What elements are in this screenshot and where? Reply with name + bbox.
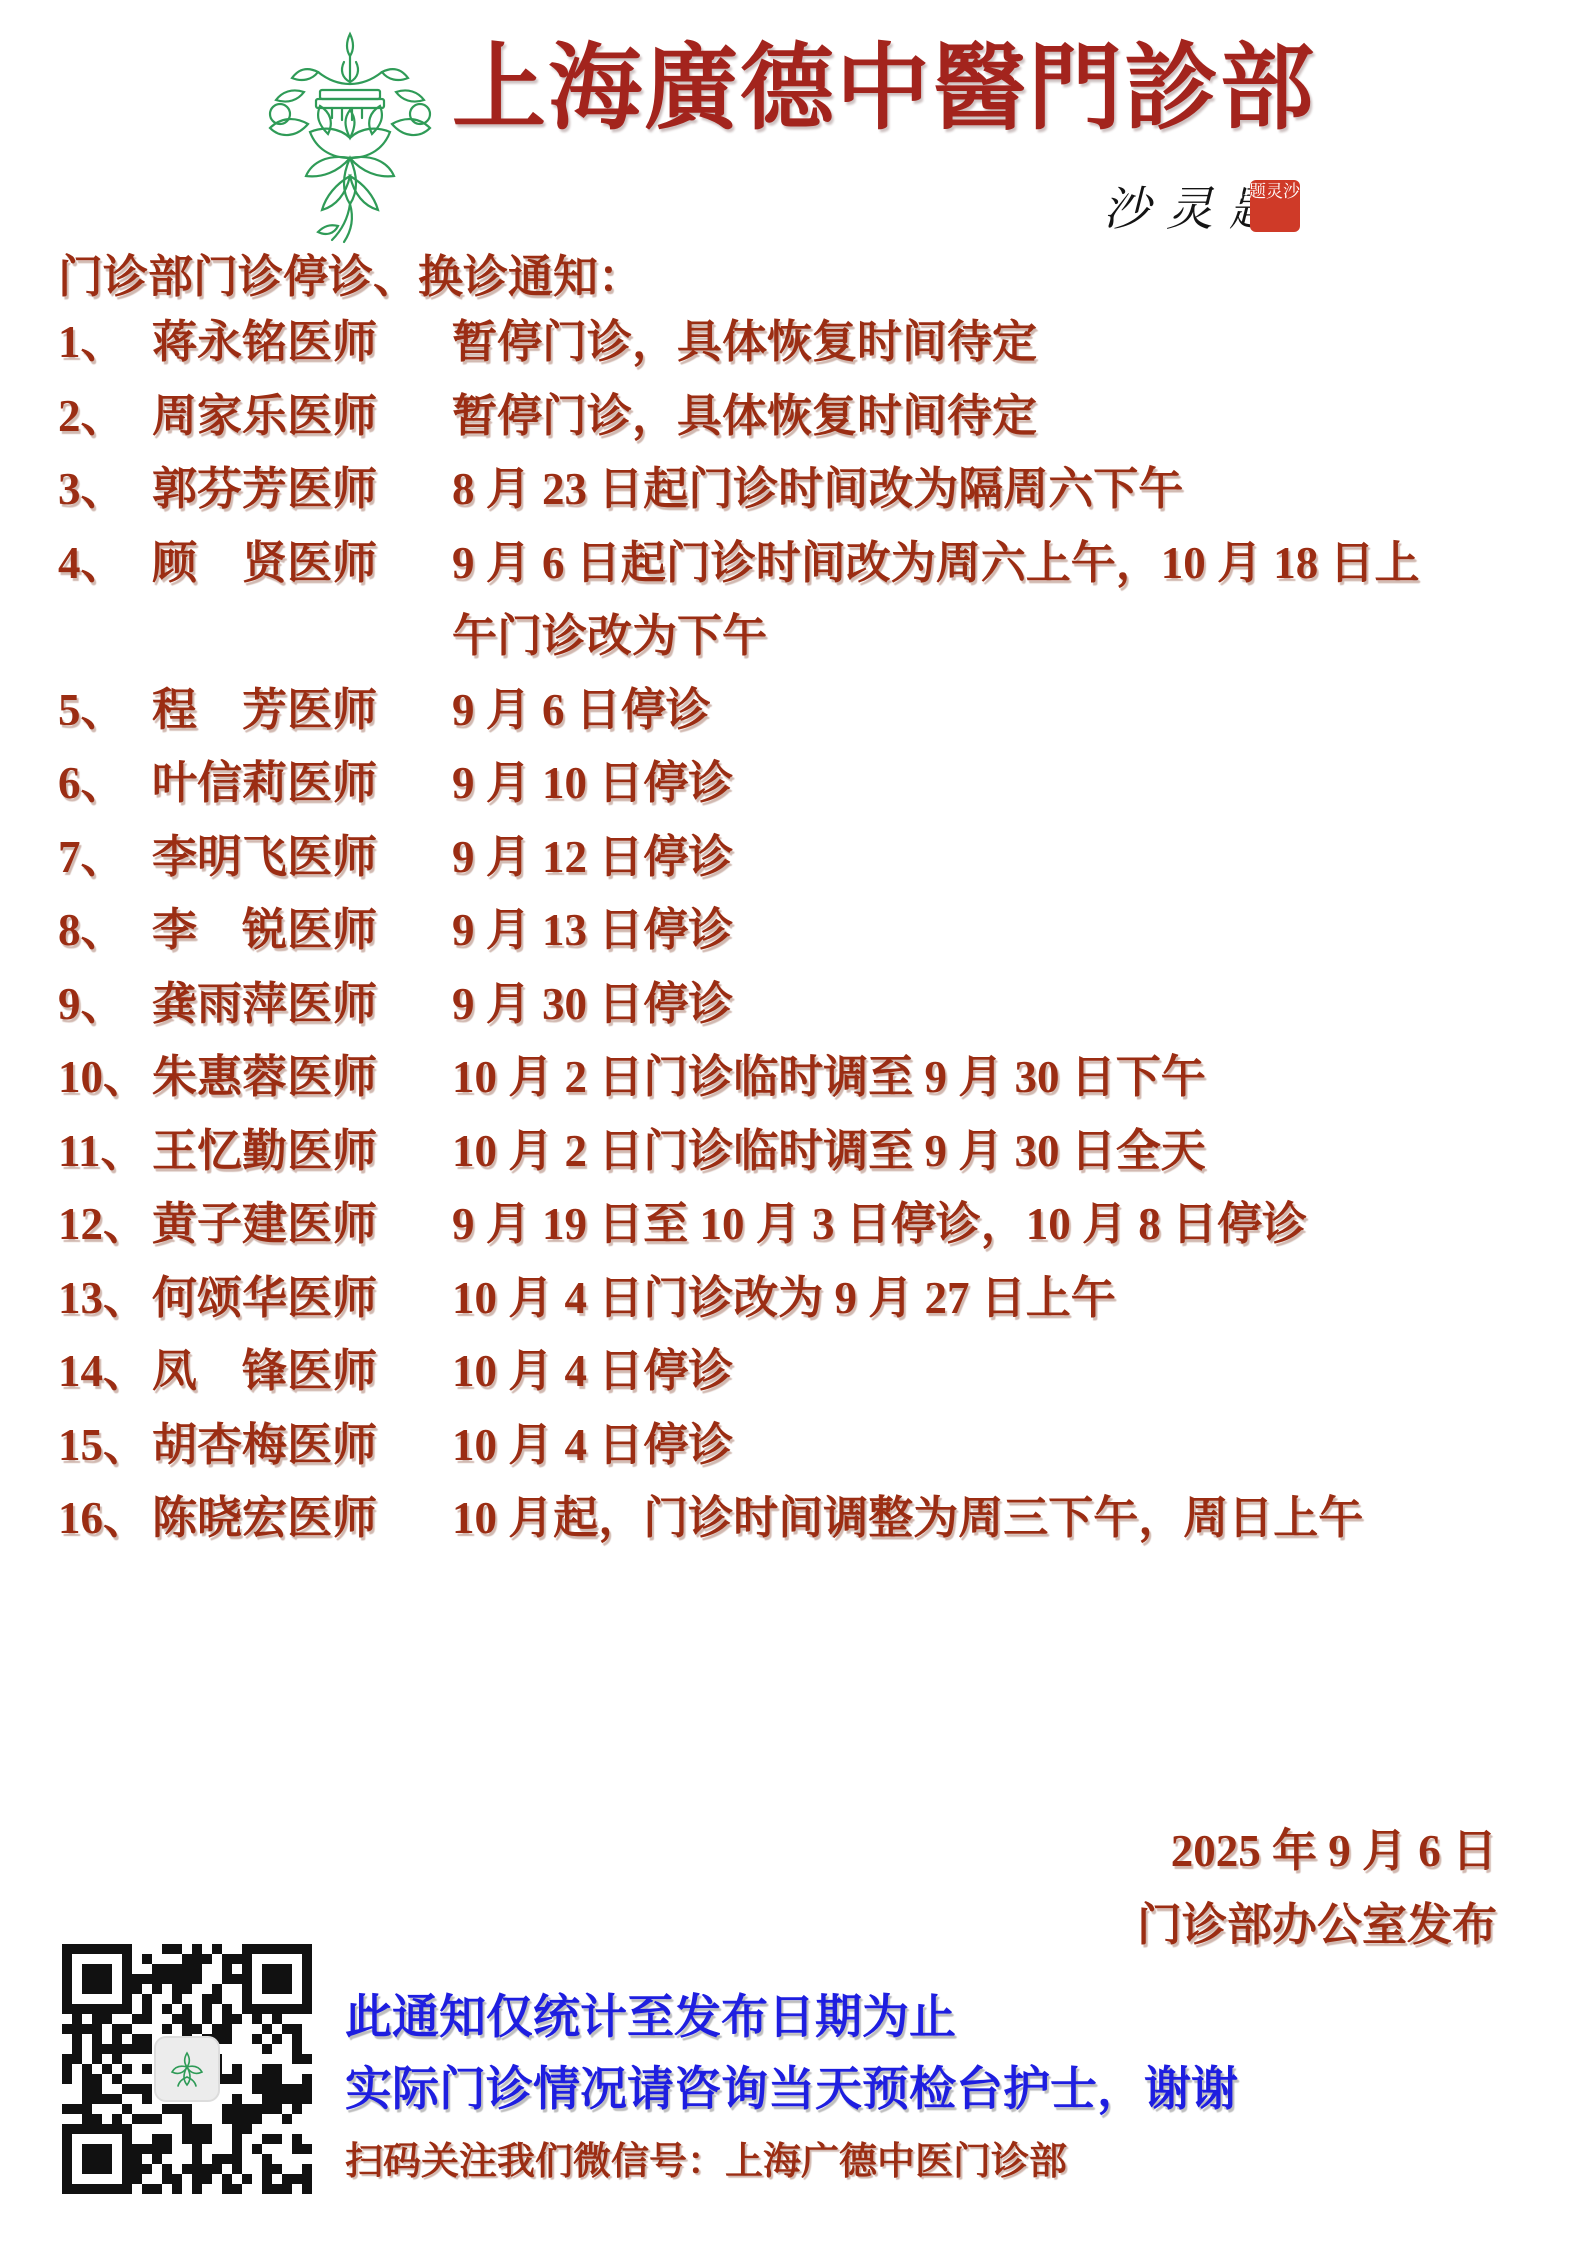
doctor-name: 王忆勤医师 xyxy=(152,1115,452,1189)
schedule-change: 9 月 13 日停诊 xyxy=(452,894,1462,968)
schedule-change-list: 1、 蒋永铭医师 暂停门诊，具体恢复时间待定 2、 周家乐医师 暂停门诊，具体恢… xyxy=(58,306,1528,1556)
schedule-change: 10 月 4 日停诊 xyxy=(452,1335,1462,1409)
schedule-item: 15、 胡杏梅医师 10 月 4 日停诊 xyxy=(58,1409,1528,1483)
notice-page: 上海廣德中醫門診部 沙灵题 沙灵题印 门诊部门诊停诊、换诊通知： 1、 蒋永铭医… xyxy=(0,0,1588,2245)
qrcode-caption: 扫码关注我们微信号：上海广德中医门诊部 xyxy=(345,2132,1545,2192)
item-number: 6、 xyxy=(58,747,152,821)
schedule-change: 8 月 23 日起门诊时间改为隔周六下午 xyxy=(452,453,1462,527)
schedule-change: 10 月 2 日门诊临时调至 9 月 30 日下午 xyxy=(452,1041,1462,1115)
item-number: 16、 xyxy=(58,1482,152,1556)
schedule-change: 9 月 6 日停诊 xyxy=(452,674,1462,748)
schedule-item: 11、 王忆勤医师 10 月 2 日门诊临时调至 9 月 30 日全天 xyxy=(58,1115,1528,1189)
doctor-name: 蒋永铭医师 xyxy=(152,306,452,380)
schedule-change: 9 月 10 日停诊 xyxy=(452,747,1462,821)
clinic-title: 上海廣德中醫門診部 xyxy=(452,34,1332,144)
item-number: 14、 xyxy=(58,1335,152,1409)
doctor-name: 黄子建医师 xyxy=(152,1188,452,1262)
item-number: 2、 xyxy=(58,380,152,454)
schedule-change: 9 月 30 日停诊 xyxy=(452,968,1462,1042)
schedule-item: 12、 黄子建医师 9 月 19 日至 10 月 3 日停诊，10 月 8 日停… xyxy=(58,1188,1528,1262)
doctor-name: 顾 贤医师 xyxy=(152,527,452,601)
item-number: 12、 xyxy=(58,1188,152,1262)
schedule-change: 9 月 12 日停诊 xyxy=(452,821,1462,895)
schedule-item: 2、 周家乐医师 暂停门诊，具体恢复时间待定 xyxy=(58,380,1528,454)
item-number: 7、 xyxy=(58,821,152,895)
schedule-change: 10 月 4 日门诊改为 9 月 27 日上午 xyxy=(452,1262,1462,1336)
footer-note-line2: 实际门诊情况请咨询当天预检台护士，谢谢 xyxy=(345,2054,1545,2126)
doctor-name: 凤 锋医师 xyxy=(152,1335,452,1409)
doctor-name: 龚雨萍医师 xyxy=(152,968,452,1042)
publish-block: 2025 年 9 月 6 日 门诊部办公室发布 xyxy=(0,1814,1497,1962)
schedule-change: 10 月起，门诊时间调整为周三下午，周日上午 xyxy=(452,1482,1462,1556)
item-number: 13、 xyxy=(58,1262,152,1336)
schedule-item: 8、 李 锐医师 9 月 13 日停诊 xyxy=(58,894,1528,968)
schedule-item: 13、 何颂华医师 10 月 4 日门诊改为 9 月 27 日上午 xyxy=(58,1262,1528,1336)
schedule-item: 9、 龚雨萍医师 9 月 30 日停诊 xyxy=(58,968,1528,1042)
doctor-name: 叶信莉医师 xyxy=(152,747,452,821)
item-number: 1、 xyxy=(58,306,152,380)
doctor-name: 程 芳医师 xyxy=(152,674,452,748)
item-number: 4、 xyxy=(58,527,152,601)
schedule-change: 10 月 2 日门诊临时调至 9 月 30 日全天 xyxy=(452,1115,1462,1189)
schedule-item: 4、 顾 贤医师 9 月 6 日起门诊时间改为周六上午，10 月 18 日上午门… xyxy=(58,527,1528,674)
item-number: 9、 xyxy=(58,968,152,1042)
schedule-change: 暂停门诊，具体恢复时间待定 xyxy=(452,380,1462,454)
schedule-item: 3、 郭芬芳医师 8 月 23 日起门诊时间改为隔周六下午 xyxy=(58,453,1528,527)
schedule-change: 9 月 19 日至 10 月 3 日停诊，10 月 8 日停诊 xyxy=(452,1188,1462,1262)
item-number: 3、 xyxy=(58,453,152,527)
doctor-name: 李明飞医师 xyxy=(152,821,452,895)
doctor-name: 郭芬芳医师 xyxy=(152,453,452,527)
doctor-name: 陈晓宏医师 xyxy=(152,1482,452,1556)
calligrapher-seal-stamp: 沙灵题印 xyxy=(1250,180,1300,232)
schedule-item: 6、 叶信莉医师 9 月 10 日停诊 xyxy=(58,747,1528,821)
schedule-change: 10 月 4 日停诊 xyxy=(452,1409,1462,1483)
item-number: 5、 xyxy=(58,674,152,748)
schedule-change: 9 月 6 日起门诊时间改为周六上午，10 月 18 日上午门诊改为下午 xyxy=(452,527,1462,674)
item-number: 15、 xyxy=(58,1409,152,1483)
schedule-item: 1、 蒋永铭医师 暂停门诊，具体恢复时间待定 xyxy=(58,306,1528,380)
item-number: 10、 xyxy=(58,1041,152,1115)
schedule-change: 暂停门诊，具体恢复时间待定 xyxy=(452,306,1462,380)
doctor-name: 周家乐医师 xyxy=(152,380,452,454)
notice-heading: 门诊部门诊停诊、换诊通知： xyxy=(58,240,643,305)
footer-notes: 此通知仅统计至发布日期为止 实际门诊情况请咨询当天预检台护士，谢谢 扫码关注我们… xyxy=(345,1982,1545,2192)
schedule-item: 14、 凤 锋医师 10 月 4 日停诊 xyxy=(58,1335,1528,1409)
item-number: 11、 xyxy=(58,1115,152,1189)
doctor-name: 何颂华医师 xyxy=(152,1262,452,1336)
clinic-lotus-logo-icon xyxy=(258,26,442,244)
item-number: 8、 xyxy=(58,894,152,968)
footer-note-line1: 此通知仅统计至发布日期为止 xyxy=(345,1982,1545,2054)
doctor-name: 李 锐医师 xyxy=(152,894,452,968)
doctor-name: 朱惠蓉医师 xyxy=(152,1041,452,1115)
schedule-item: 5、 程 芳医师 9 月 6 日停诊 xyxy=(58,674,1528,748)
schedule-item: 16、 陈晓宏医师 10 月起，门诊时间调整为周三下午，周日上午 xyxy=(58,1482,1528,1556)
doctor-name: 胡杏梅医师 xyxy=(152,1409,452,1483)
publish-date: 2025 年 9 月 6 日 xyxy=(0,1814,1497,1888)
schedule-item: 10、 朱惠蓉医师 10 月 2 日门诊临时调至 9 月 30 日下午 xyxy=(58,1041,1528,1115)
qrcode-center-logo-icon xyxy=(154,2036,220,2102)
schedule-item: 7、 李明飞医师 9 月 12 日停诊 xyxy=(58,821,1528,895)
wechat-qrcode xyxy=(62,1944,312,2194)
